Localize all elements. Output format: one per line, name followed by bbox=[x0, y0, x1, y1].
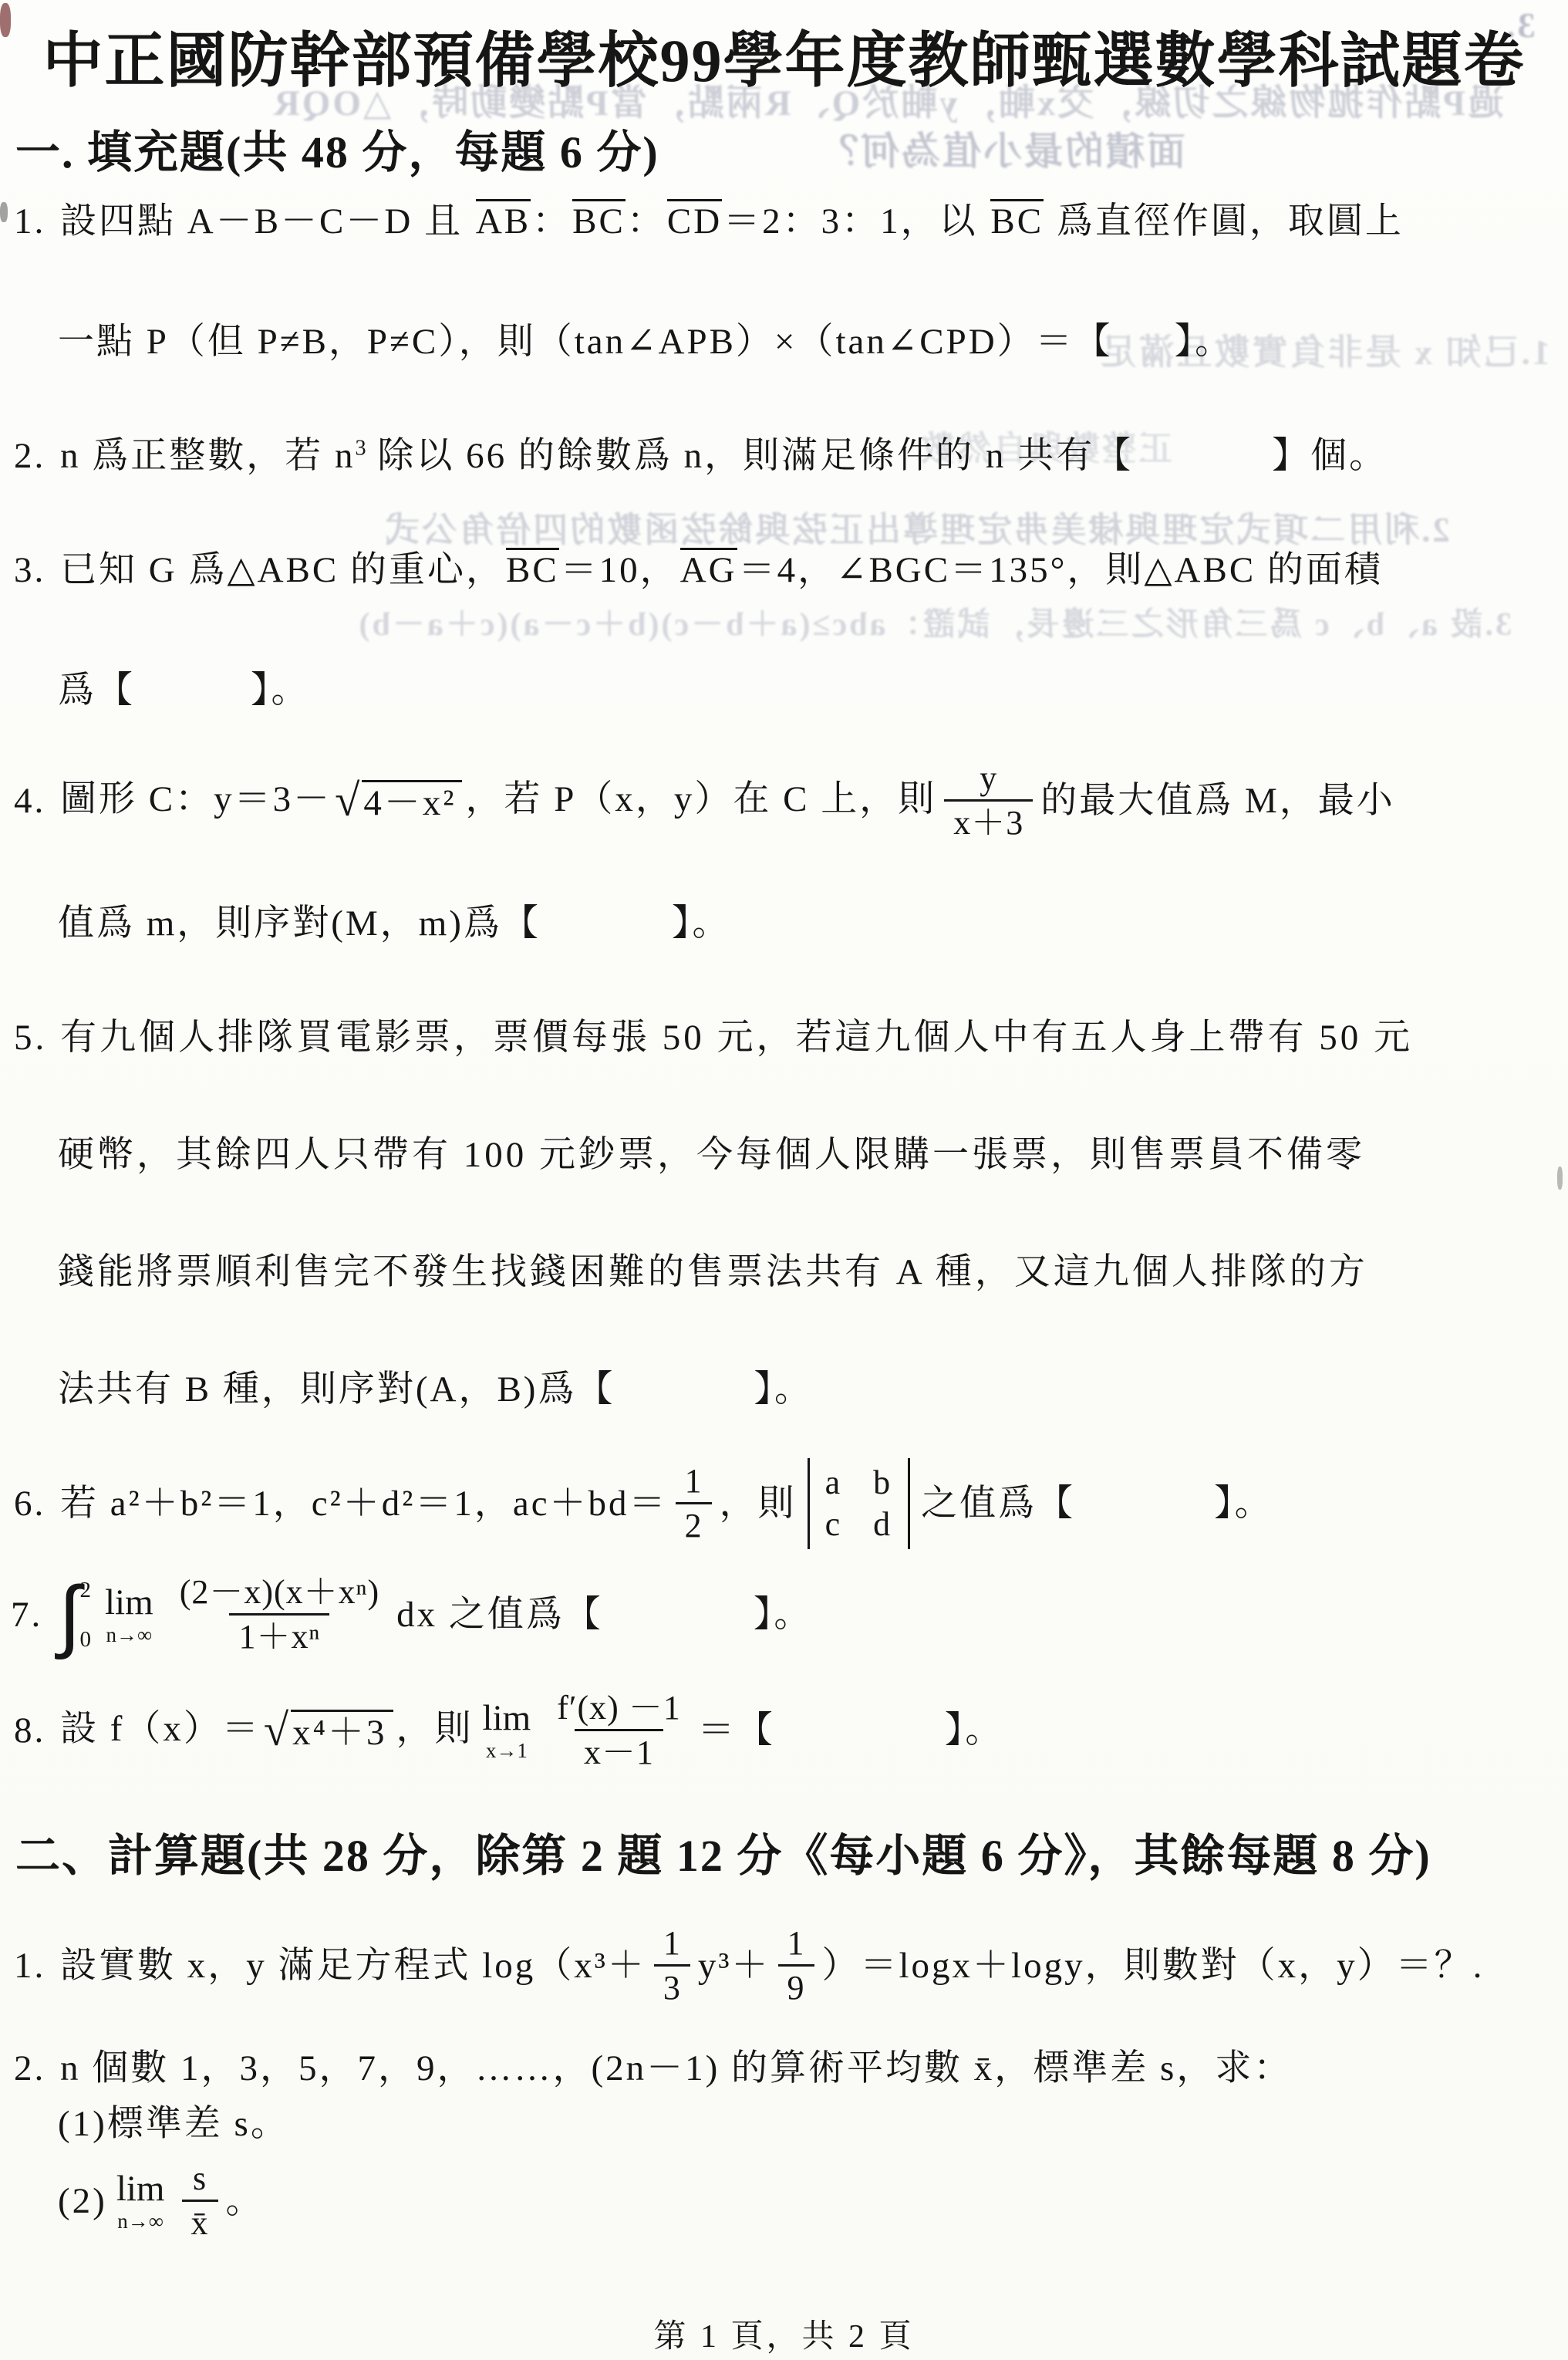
fraction-numerator: f′(x) －1 bbox=[548, 1690, 690, 1729]
fraction-denominator: 2 bbox=[676, 1502, 712, 1545]
question-text: 硬幣，其餘四人只帶有 100 元鈔票，今每個人限購一張票，則售票員不備零 bbox=[58, 1133, 1365, 1178]
answer-bracket-close: 】。 bbox=[1214, 1484, 1273, 1524]
question-number: 7. bbox=[11, 1592, 51, 1638]
determinant-entry: b bbox=[873, 1466, 892, 1500]
question-text: 設實數 x，y 滿足方程式 log（x³＋ bbox=[60, 1943, 646, 1989]
page-title: 中正國防幹部預備學校99學年度教師甄選數學科試題卷 bbox=[0, 12, 1568, 99]
answer-bracket-close: 】。 bbox=[251, 670, 310, 711]
fraction: 13 bbox=[654, 1925, 690, 2007]
question-text: 。 bbox=[226, 2179, 265, 2224]
question-6-line-1: 6. 若 a²＋b²＝1，c²＋d²＝1，ac＋bd＝ 12 ，則 a b c … bbox=[14, 1458, 1273, 1549]
question-text: n 爲正整數，若 n bbox=[60, 436, 356, 476]
determinant-entry: a bbox=[825, 1466, 843, 1500]
question-text: n 個數 1，3，5，7，9，……，(2n－1) 的算術平均數 x̄，標準差 s… bbox=[60, 2046, 1292, 2092]
radical-sign-icon: √ bbox=[335, 778, 362, 824]
question-text: 爲直徑作圓，取圓上 bbox=[1045, 201, 1404, 241]
overline-segment-bc: BC bbox=[572, 199, 626, 241]
question-text: ）＝logx＋logy，則數對（x，y）＝？. bbox=[822, 1943, 1485, 1989]
section1-heading: 一. 填充題(共 48 分，每題 6 分) bbox=[15, 116, 659, 181]
question-text: ＝10， bbox=[561, 550, 679, 590]
fraction-numerator: 1 bbox=[778, 1925, 814, 1964]
question-number: 6. bbox=[14, 1481, 54, 1527]
fraction-numerator: 1 bbox=[654, 1925, 690, 1964]
exponent: 3 bbox=[356, 436, 366, 460]
question-text: (2) bbox=[58, 2179, 107, 2224]
limit-word: lim bbox=[483, 1700, 531, 1737]
integral-lower-limit: 0 bbox=[80, 1626, 92, 1653]
question-7-line-1: 7. ∫ 20 limn→∞ (2－x)(x＋xⁿ)1＋xⁿ dx 之值爲【】。 bbox=[11, 1574, 812, 1656]
bleedthrough-text: 2.利用二項式定理與棣美弗定理導出正弦與餘弦函數的四倍角公式 bbox=[185, 501, 1450, 552]
answer-bracket-close: 】。 bbox=[1175, 322, 1234, 362]
answer-bracket-close: 】。 bbox=[672, 903, 731, 944]
question-1-line-1: 1. 設四點 A－B－C－D 且 AB：BC：CD＝2：3：1，以 BC 爲直徑… bbox=[14, 199, 1404, 245]
question-text: 除以 66 的餘數爲 n，則滿足條件的 n 共有 bbox=[366, 436, 1095, 476]
answer-bracket-open: 【 bbox=[502, 903, 541, 944]
overline-segment-ab: AB bbox=[476, 199, 531, 241]
radical-sign-icon: √ bbox=[264, 1708, 291, 1754]
section2-heading: 二、計算題(共 28 分，除第 2 題 12 分《每小題 6 分》，其餘每題 8… bbox=[15, 1819, 1431, 1884]
question-text: dx 之值爲【】。 bbox=[396, 1592, 812, 1638]
question-text: 已知 G 爲△ABC 的重心，BC＝10，AG＝4，∠BGC＝135°，則△AB… bbox=[60, 548, 1383, 593]
answer-bracket-open: 【 bbox=[576, 1369, 615, 1410]
question-text: 錢能將票順利售完不發生找錢困難的售票法共有 A 種，又這九個人排隊的方 bbox=[58, 1250, 1368, 1295]
bleedthrough-text: 3.設 a、b、c 爲三角形之三邊長，試證：abc≥(a＋b－c)(b＋c－a)… bbox=[77, 599, 1512, 645]
radicand: x⁴＋3 bbox=[291, 1710, 393, 1752]
section2-question-2-sub-1: (1)標準差 s。 bbox=[58, 2102, 289, 2147]
question-text: (1)標準差 s。 bbox=[58, 2102, 289, 2147]
question-3-line-1: 3. 已知 G 爲△ABC 的重心，BC＝10，AG＝4，∠BGC＝135°，則… bbox=[14, 548, 1383, 593]
exam-paper-page: 3. 過P點作拋物線之切線，交x軸，y軸於Q、R兩點，當P點變動時，△OQR 面… bbox=[0, 0, 1568, 2360]
answer-bracket-close: 】。 bbox=[945, 1710, 1004, 1751]
section2-question-1-line-1: 1. 設實數 x，y 滿足方程式 log（x³＋ 13 y³＋ 19 ）＝log… bbox=[14, 1925, 1484, 2007]
question-number: 1. bbox=[14, 1943, 54, 1989]
fraction: sx̄ bbox=[182, 2160, 218, 2243]
question-number: 8. bbox=[14, 1708, 54, 1754]
question-1-line-2: 一點 P（但 P≠B，P≠C），則（tan∠APB）×（tan∠CPD）＝【】。 bbox=[58, 319, 1233, 365]
determinant-entry: d bbox=[873, 1507, 892, 1541]
question-2-line-1: 2. n 爲正整數，若 n3 除以 66 的餘數爲 n，則滿足條件的 n 共有【… bbox=[14, 434, 1388, 479]
question-text: ＝【】。 bbox=[698, 1708, 1004, 1754]
limit-word: lim bbox=[116, 2171, 165, 2207]
question-text: 爲【】。 bbox=[58, 668, 310, 714]
limit-subscript: n→∞ bbox=[117, 2211, 164, 2232]
question-text: 若 a²＋b²＝1，c²＋d²＝1，ac＋bd＝ bbox=[60, 1481, 668, 1527]
fraction-numerator: s bbox=[184, 2160, 216, 2200]
fraction: 12 bbox=[676, 1463, 712, 1545]
radicand: 4－x² bbox=[362, 780, 462, 822]
question-text: 的最大值爲 M，最小 bbox=[1040, 778, 1395, 824]
answer-bracket-open: 【 bbox=[1037, 1484, 1075, 1524]
question-3-line-2: 爲【】。 bbox=[58, 668, 310, 714]
answer-bracket-open: 【 bbox=[565, 1595, 603, 1635]
fraction-denominator: x̄ bbox=[182, 2200, 218, 2242]
question-5-line-3: 錢能將票順利售完不發生找錢困難的售票法共有 A 種，又這九個人排隊的方 bbox=[58, 1250, 1368, 1295]
question-text: 之值爲 bbox=[921, 1484, 1037, 1524]
integral-upper-limit: 2 bbox=[80, 1576, 92, 1604]
question-text: 設 f（x）＝ bbox=[60, 1709, 261, 1749]
overline-segment-bc: BC bbox=[990, 199, 1044, 241]
question-text: 之值爲【】。 bbox=[921, 1481, 1273, 1527]
question-text: ，則 bbox=[396, 1709, 474, 1749]
limit: limn→∞ bbox=[105, 1585, 153, 1646]
question-number: 2. bbox=[14, 434, 54, 479]
question-text: ： bbox=[627, 201, 666, 241]
fraction-denominator: x＋3 bbox=[944, 799, 1033, 842]
answer-bracket-open: 【 bbox=[737, 1710, 775, 1751]
question-text: 圖形 C：y＝3－ bbox=[60, 779, 332, 819]
question-text: ＝ bbox=[698, 1710, 737, 1751]
question-number: 4. bbox=[14, 778, 54, 824]
fraction-denominator: 3 bbox=[654, 1964, 690, 2007]
overline-segment-cd: CD bbox=[667, 199, 722, 241]
question-text: ＝2：3：1，以 bbox=[723, 201, 989, 241]
question-text: 已知 G 爲△ABC 的重心， bbox=[60, 550, 504, 590]
question-text: 設四點 A－B－C－D 且 bbox=[60, 201, 474, 241]
question-text: 爲 bbox=[58, 670, 96, 711]
fraction-numerator: 1 bbox=[676, 1463, 712, 1502]
question-text: n 爲正整數，若 n3 除以 66 的餘數爲 n，則滿足條件的 n 共有【】個。 bbox=[60, 434, 1388, 479]
question-4-line-2: 值爲 m，則序對(M，m)爲【】。 bbox=[58, 901, 730, 947]
question-text: 圖形 C：y＝3－√4－x²，若 P（x，y）在 C 上，則 bbox=[60, 777, 936, 825]
fraction: yx＋3 bbox=[944, 760, 1033, 842]
fraction-numerator: (2－x)(x＋xⁿ) bbox=[170, 1574, 389, 1613]
question-text: 法共有 B 種，則序對(A，B)爲 bbox=[58, 1369, 576, 1410]
question-text: 法共有 B 種，則序對(A，B)爲【】。 bbox=[58, 1367, 813, 1413]
question-text: ，則 bbox=[720, 1481, 797, 1527]
answer-bracket-open: 【 bbox=[96, 670, 135, 711]
limit: limn→∞ bbox=[116, 2171, 165, 2232]
sqrt-radical: √4－x² bbox=[335, 780, 462, 825]
footer-page-indicator: 第 1 頁，共 2 頁 bbox=[0, 2311, 1568, 2357]
question-text: ，若 P（x，y）在 C 上，則 bbox=[465, 779, 936, 819]
answer-bracket-close: 】個。 bbox=[1272, 436, 1388, 476]
scan-artifact bbox=[1557, 1166, 1563, 1190]
answer-bracket-open: 【 bbox=[1094, 436, 1133, 476]
question-number: 3. bbox=[14, 548, 54, 593]
fraction-denominator: x－1 bbox=[575, 1729, 663, 1771]
bleedthrough-text: 面積的最小值為何？ bbox=[818, 120, 1185, 176]
fraction-denominator: 1＋xⁿ bbox=[229, 1613, 329, 1656]
question-text: y³＋ bbox=[698, 1943, 771, 1989]
question-text: 設四點 A－B－C－D 且 AB：BC：CD＝2：3：1，以 BC 爲直徑作圓，… bbox=[60, 199, 1404, 245]
fraction-denominator: 9 bbox=[778, 1964, 814, 2007]
question-text: ＝4，∠BGC＝135°，則△ABC 的面積 bbox=[739, 550, 1383, 590]
overline-segment-ag: AG bbox=[680, 548, 737, 589]
question-text: 一點 P（但 P≠B，P≠C），則（tan∠APB）×（tan∠CPD）＝【】。 bbox=[58, 319, 1233, 365]
question-5-line-1: 5. 有九個人排隊買電影票，票價每張 50 元，若這九個人中有五人身上帶有 50… bbox=[14, 1015, 1413, 1061]
fraction: (2－x)(x＋xⁿ)1＋xⁿ bbox=[170, 1574, 389, 1656]
fraction: 19 bbox=[778, 1925, 814, 2007]
question-number: 1. bbox=[14, 199, 54, 245]
question-5-line-4: 法共有 B 種，則序對(A，B)爲【】。 bbox=[58, 1367, 813, 1413]
integral-limits: 20 bbox=[80, 1575, 92, 1655]
scan-artifact bbox=[0, 202, 8, 222]
question-text: 設 f（x）＝√x⁴＋3，則 bbox=[60, 1707, 474, 1755]
question-text: 一點 P（但 P≠B，P≠C），則（tan∠APB）×（tan∠CPD）＝ bbox=[58, 322, 1074, 362]
question-5-line-2: 硬幣，其餘四人只帶有 100 元鈔票，今每個人限購一張票，則售票員不備零 bbox=[58, 1133, 1365, 1178]
answer-bracket-close: 】。 bbox=[754, 1369, 813, 1410]
fraction: f′(x) －1x－1 bbox=[548, 1690, 690, 1772]
limit-word: lim bbox=[105, 1585, 153, 1621]
question-text: 的最大值爲 M，最小 bbox=[1040, 781, 1395, 821]
question-text: 值爲 m，則序對(M，m)爲 bbox=[58, 903, 502, 944]
question-text: ： bbox=[532, 201, 571, 241]
limit-subscript: n→∞ bbox=[106, 1625, 152, 1646]
section2-question-2-sub-2: (2) limn→∞ sx̄ 。 bbox=[58, 2160, 265, 2243]
limit-subscript: x→1 bbox=[486, 1740, 528, 1761]
section2-question-2-line-1: 2. n 個數 1，3，5，7，9，……，(2n－1) 的算術平均數 x̄，標準… bbox=[14, 2046, 1292, 2092]
answer-bracket-close: 】。 bbox=[754, 1595, 813, 1635]
question-text: 有九個人排隊買電影票，票價每張 50 元，若這九個人中有五人身上帶有 50 元 bbox=[60, 1015, 1413, 1061]
fraction-numerator: y bbox=[970, 760, 1007, 799]
question-8-line-1: 8. 設 f（x）＝√x⁴＋3，則 limx→1 f′(x) －1x－1 ＝【】… bbox=[14, 1690, 1003, 1772]
determinant-entry: c bbox=[825, 1507, 843, 1541]
overline-segment-bc: BC bbox=[506, 548, 559, 589]
question-text: 值爲 m，則序對(M，m)爲【】。 bbox=[58, 901, 730, 947]
question-text: dx 之值爲 bbox=[396, 1595, 565, 1635]
determinant-2x2: a b c d bbox=[808, 1458, 911, 1549]
question-number: 5. bbox=[14, 1015, 54, 1061]
question-4-line-1: 4. 圖形 C：y＝3－√4－x²，若 P（x，y）在 C 上，則 yx＋3 的… bbox=[14, 760, 1395, 842]
sqrt-radical: √x⁴＋3 bbox=[264, 1710, 393, 1755]
question-number: 2. bbox=[14, 2046, 54, 2092]
integral: ∫ 20 bbox=[59, 1575, 94, 1655]
limit: limx→1 bbox=[483, 1700, 531, 1761]
answer-bracket-open: 【 bbox=[1074, 322, 1113, 362]
